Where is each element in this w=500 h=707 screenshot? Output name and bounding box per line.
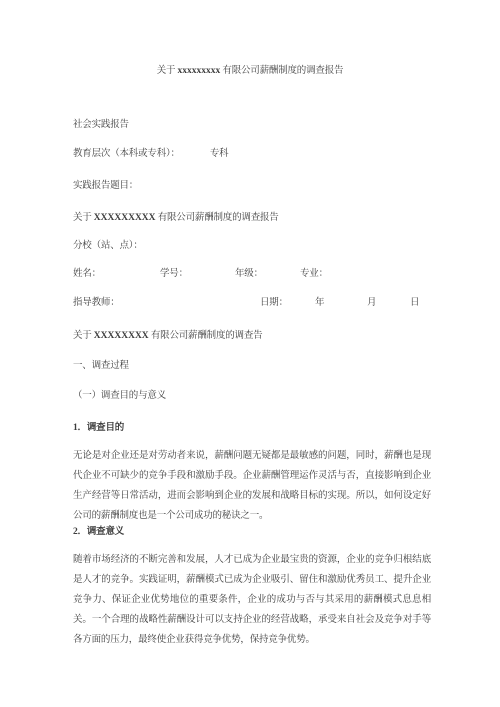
document-title-company-mask: xxxxxxxxx <box>177 66 220 76</box>
topic-title-prefix: 关于 <box>73 213 94 223</box>
year-label: 年 <box>315 294 324 308</box>
topic-title-suffix: 有限公司薪酬制度的调查报告 <box>156 213 279 223</box>
document-title: 关于 xxxxxxxxx 有限公司薪酬制度的调查报告 <box>0 62 500 76</box>
advisor-label: 指导教师： <box>73 294 120 308</box>
topic-title: 关于 XXXXXXXXX 有限公司薪酬制度的调查报告 <box>73 209 428 223</box>
body-title-suffix: 有限公司薪酬制度的调查告 <box>149 331 263 341</box>
body-title-prefix: 关于 <box>73 331 94 341</box>
body-title-company-mask: XXXXXXXX <box>94 331 149 341</box>
day-label: 日 <box>410 294 419 308</box>
student-fields-row: 姓名： 学号： 年级： 专业： <box>73 265 428 279</box>
significance-heading: 2．调查意义 <box>73 523 428 537</box>
name-label: 姓名： <box>73 265 101 279</box>
date-label: 日期： <box>260 294 288 308</box>
grade-label: 年级： <box>235 265 263 279</box>
document-title-suffix: 有限公司薪酬制度的调查报告 <box>220 66 343 76</box>
major-label: 专业： <box>300 265 328 279</box>
topic-label: 实践报告题目： <box>73 177 428 191</box>
education-level-label: 教育层次（本科或专科）： <box>73 149 180 159</box>
education-level-value: 专科 <box>210 149 229 159</box>
body-title: 关于 XXXXXXXX 有限公司薪酬制度的调查告 <box>73 327 428 341</box>
document-title-prefix: 关于 <box>157 66 178 76</box>
purpose-heading: 1．调查目的 <box>73 419 428 433</box>
branch-label: 分校（站、点）： <box>73 237 428 251</box>
purpose-paragraph: 无论是对企业还是对劳动者来说，薪酬问题无疑都是最敏感的问题，同时，薪酬也是现代企… <box>73 446 431 526</box>
section1-1-heading: （一）调查目的与意义 <box>73 387 428 401</box>
document-page: 关于 xxxxxxxxx 有限公司薪酬制度的调查报告 社会实践报告 教育层次（本… <box>0 0 500 707</box>
month-label: 月 <box>367 294 376 308</box>
education-level-row: 教育层次（本科或专科）：专科 <box>73 145 428 159</box>
report-type-label: 社会实践报告 <box>73 116 428 130</box>
section1-heading: 一、调查过程 <box>73 357 428 371</box>
advisor-date-row: 指导教师： 日期： 年 月 日 <box>73 294 428 308</box>
significance-paragraph: 随着市场经济的不断完善和发展，人才已成为企业最宝贵的资源，企业的竞争归根结底是人… <box>73 550 431 650</box>
student-id-label: 学号： <box>160 265 188 279</box>
topic-title-company-mask: XXXXXXXXX <box>94 213 156 223</box>
